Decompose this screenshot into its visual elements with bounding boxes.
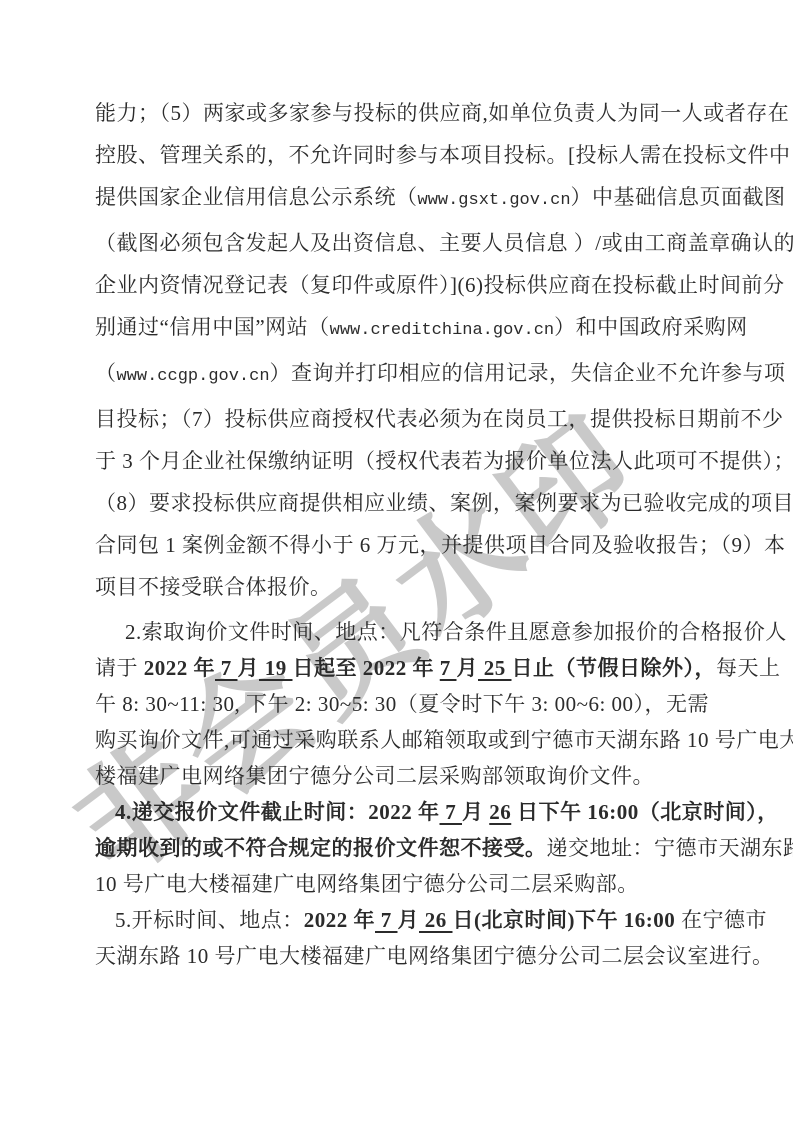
text-segment: 项目不接受联合体报价。 <box>95 575 332 599</box>
text-segment: ）查询并打印相应的信用记录，失信企业不允许参与项 <box>270 361 786 385</box>
text-segment: 别通过“信用中国”网站（ <box>95 315 330 339</box>
text-line: 2.索取询价文件时间、地点：凡符合条件且愿意参加报价的合格报价人 <box>95 614 727 650</box>
text-line: 午 8: 30~11: 30, 下午 2: 30~5: 30（夏令时下午 3: … <box>95 686 727 722</box>
text-segment: 2.索取询价文件时间、地点：凡符合条件且愿意参加报价的合格报价人 <box>125 620 787 644</box>
text-segment: ）中基础信息页面截图 <box>571 185 786 209</box>
text-segment: 午 8: 30~11: 30, 下午 2: 30~5: 30（夏令时下午 3: … <box>95 692 709 716</box>
text-segment: 于 3 个月企业社保缴纳证明（授权代表若为报价单位法人此项可不提供）； <box>95 449 793 473</box>
text-segment: 日(北京时间)下午 16:00 <box>453 908 681 932</box>
text-line: 能力；（5）两家或多家参与投标的供应商,如单位负责人为同一人或者存在 <box>95 92 727 134</box>
text-segment: 月 <box>457 656 479 680</box>
text-line: 项目不接受联合体报价。 <box>95 566 727 608</box>
text-segment: 25 <box>478 656 512 680</box>
text-segment: 5.开标时间、地点： <box>115 908 304 932</box>
text-line: 合同包 1 案例金额不得小于 6 万元，并提供项目合同及验收报告；（9）本 <box>95 524 727 566</box>
text-line: 企业内资情况登记表（复印件或原件）](6)投标供应商在投标截止时间前分 <box>95 264 727 306</box>
text-line: 逾期收到的或不符合规定的报价文件恕不接受。递交地址：宁德市天湖东路 <box>95 830 727 866</box>
text-segment: 2022 年 <box>144 656 215 680</box>
text-segment: （截图必须包含发起人及出资信息、主要人员信息 ）/或由工商盖章确认的 <box>95 231 793 255</box>
text-segment: 7 <box>215 656 238 680</box>
text-line: 天湖东路 10 号广电大楼福建广电网络集团宁德分公司二层会议室进行。 <box>95 938 727 974</box>
text-segment: 购买询价文件,可通过采购联系人邮箱领取或到宁德市天湖东路 10 号广电大 <box>95 728 793 752</box>
text-line: 5.开标时间、地点：2022 年 7 月 26 日(北京时间)下午 16:00 … <box>95 902 727 938</box>
text-line: 于 3 个月企业社保缴纳证明（授权代表若为报价单位法人此项可不提供）； <box>95 440 727 482</box>
text-segment: 楼福建广电网络集团宁德分公司二层采购部领取询价文件。 <box>95 764 654 788</box>
text-line: 购买询价文件,可通过采购联系人邮箱领取或到宁德市天湖东路 10 号广电大 <box>95 722 727 758</box>
text-segment: 日下午 16:00（北京时间）， <box>511 800 779 824</box>
text-line: （截图必须包含发起人及出资信息、主要人员信息 ）/或由工商盖章确认的 <box>95 222 727 264</box>
text-segment: 4.递交报价文件截止时间：2022 年 <box>115 800 440 824</box>
text-line: 别通过“信用中国”网站（www.creditchina.gov.cn）和中国政府… <box>95 306 727 352</box>
text-segment: 19 <box>259 656 293 680</box>
text-segment: 目投标；（7）投标供应商授权代表必须为在岗员工，提供投标日期前不少 <box>95 407 784 431</box>
text-line: 控股、管理关系的，不允许同时参与本项目投标。[投标人需在投标文件中 <box>95 134 727 176</box>
text-segment: 日起至 2022 年 <box>293 656 440 680</box>
text-segment: 能力；（5）两家或多家参与投标的供应商,如单位负责人为同一人或者存在 <box>95 101 789 125</box>
paragraph-p5: 5.开标时间、地点：2022 年 7 月 26 日(北京时间)下午 16:00 … <box>95 902 727 974</box>
paragraph-p2: 2.索取询价文件时间、地点：凡符合条件且愿意参加报价的合格报价人请于 2022 … <box>95 614 727 794</box>
text-segment: 7 <box>440 800 463 824</box>
text-segment: 合同包 1 案例金额不得小于 6 万元，并提供项目合同及验收报告；（9）本 <box>95 533 786 557</box>
paragraph-p4: 4.递交报价文件截止时间：2022 年 7 月 26 日下午 16:00（北京时… <box>95 794 727 902</box>
text-line: 目投标；（7）投标供应商授权代表必须为在岗员工，提供投标日期前不少 <box>95 398 727 440</box>
text-segment: 企业内资情况登记表（复印件或原件）](6)投标供应商在投标截止时间前分 <box>95 273 784 297</box>
text-line: （8）要求投标供应商提供相应业绩、案例，案例要求为已验收完成的项目， <box>95 482 727 524</box>
text-segment: www.creditchina.gov.cn <box>330 321 554 340</box>
text-segment: 请于 <box>95 656 144 680</box>
text-segment: 每天上 <box>716 656 781 680</box>
text-line: 10 号广电大楼福建广电网络集团宁德分公司二层采购部。 <box>95 866 727 902</box>
document-page: 非会员水印 能力；（5）两家或多家参与投标的供应商,如单位负责人为同一人或者存在… <box>0 0 793 1121</box>
text-segment: 逾期收到的或不符合规定的报价文件恕不接受。 <box>95 836 547 860</box>
text-segment: www.ccgp.gov.cn <box>117 367 270 386</box>
text-segment: 月 <box>462 800 489 824</box>
text-segment: 提供国家企业信用信息公示系统（ <box>95 185 418 209</box>
text-segment: 7 <box>375 908 398 932</box>
text-segment: 在宁德市 <box>681 908 767 932</box>
text-line: （www.ccgp.gov.cn）查询并打印相应的信用记录，失信企业不允许参与项 <box>95 352 727 398</box>
text-segment: 控股、管理关系的，不允许同时参与本项目投标。[投标人需在投标文件中 <box>95 143 791 167</box>
text-segment: 递交地址：宁德市天湖东路 <box>547 836 793 860</box>
text-line: 提供国家企业信用信息公示系统（www.gsxt.gov.cn）中基础信息页面截图 <box>95 176 727 222</box>
text-segment: （ <box>95 361 117 385</box>
text-segment: 10 号广电大楼福建广电网络集团宁德分公司二层采购部。 <box>95 872 639 896</box>
text-segment: 26 <box>489 800 511 824</box>
text-segment: 日止（节假日除外）， <box>512 656 717 680</box>
text-line: 楼福建广电网络集团宁德分公司二层采购部领取询价文件。 <box>95 758 727 794</box>
text-segment: 天湖东路 10 号广电大楼福建广电网络集团宁德分公司二层会议室进行。 <box>95 944 774 968</box>
text-segment: 月 <box>238 656 260 680</box>
text-segment: ）和中国政府采购网 <box>554 315 748 339</box>
paragraph-p1: 能力；（5）两家或多家参与投标的供应商,如单位负责人为同一人或者存在控股、管理关… <box>95 92 727 608</box>
text-segment: （8）要求投标供应商提供相应业绩、案例，案例要求为已验收完成的项目， <box>95 491 793 515</box>
text-segment: 2022 年 <box>304 908 375 932</box>
text-segment: 7 <box>440 656 457 680</box>
text-segment: 月 <box>398 908 420 932</box>
document-body: 能力；（5）两家或多家参与投标的供应商,如单位负责人为同一人或者存在控股、管理关… <box>95 92 727 974</box>
text-line: 4.递交报价文件截止时间：2022 年 7 月 26 日下午 16:00（北京时… <box>95 794 727 830</box>
text-segment: www.gsxt.gov.cn <box>418 191 571 210</box>
text-segment: 26 <box>419 908 453 932</box>
text-line: 请于 2022 年 7 月 19 日起至 2022 年 7 月 25 日止（节假… <box>95 650 727 686</box>
